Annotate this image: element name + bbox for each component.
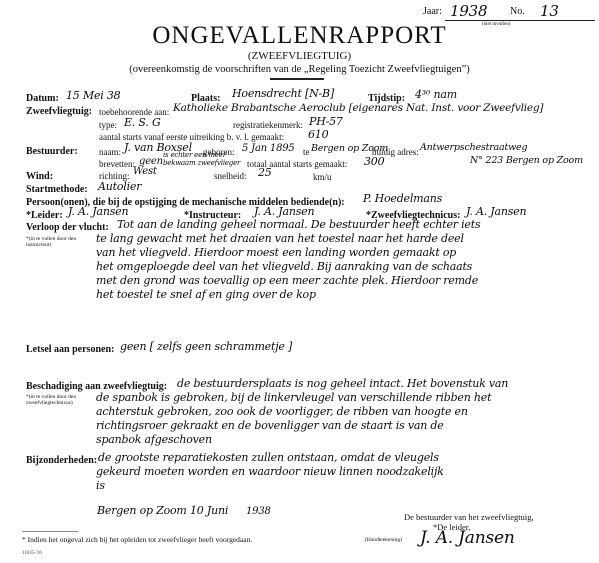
beschadiging-line: richtingsroer gekraakt en de bovenligger…	[96, 419, 444, 432]
bijzonderheden-line: is	[96, 479, 105, 492]
regulation-note: (overeenkomstig de voorschriften van de …	[0, 64, 599, 75]
starts-value: 610	[308, 128, 328, 141]
technicus-value: J. A. Jansen	[466, 205, 526, 218]
personen-value: P. Hoedelmans	[363, 192, 442, 205]
leider-value: J. A. Jansen	[68, 205, 128, 218]
year-value: 1938	[450, 2, 487, 20]
letsel-label: Letsel aan personen:	[26, 344, 114, 355]
leider-label: *Leider:	[26, 210, 63, 221]
adres-value-1: Antwerpschestraatweg	[420, 142, 527, 153]
brevetten-note-bottom: bekwaam zweefvlieger	[163, 159, 240, 167]
registratie-label: registratiekenmerk:	[233, 120, 303, 130]
startmethode-label: Startmethode:	[26, 184, 88, 195]
verloop-line: met den grond was toevallig op een meer …	[96, 274, 478, 287]
signatory-line-1: De bestuurder van het zweefvliegtuig,	[404, 512, 534, 522]
place-date: Bergen op Zoom 10 Juni	[97, 504, 228, 517]
footnote-rule	[22, 531, 78, 532]
bijzonderheden-label: Bijzonderheden:	[26, 455, 97, 466]
richting-value: West	[133, 166, 157, 177]
page-title: ONGEVALLENRAPPORT	[0, 22, 599, 50]
brevetten-label: brevetten:	[99, 159, 135, 169]
verloop-line: het toestel te snel af en ging over de k…	[96, 288, 316, 301]
handtekening-label: (Handteekening)	[365, 537, 402, 543]
snelheid-unit: km/u	[313, 172, 332, 182]
beschadiging-line: de spanbok is gebroken, bij de linkervle…	[96, 391, 491, 404]
brevetten-note-top: is echter een meer	[163, 151, 226, 159]
signature: J. A. Jansen	[420, 528, 515, 548]
datum-value: 15 Mei 38	[66, 89, 120, 102]
adres-value-2: N° 223 Bergen op Zoom	[470, 155, 583, 166]
letsel-value: geen [ zelfs geen schrammetje ]	[120, 340, 292, 353]
zweefvliegtuig-label: Zweefvliegtuig:	[26, 106, 92, 117]
toebehoorende-value: Katholieke Brabantsche Aeroclub [eigenar…	[173, 102, 543, 114]
verloop-note: *(in te vullen door den instructeur)	[26, 236, 88, 248]
footnote: * Indien het ongeval zich bij het opleid…	[22, 535, 252, 544]
print-code: 11035-'36	[22, 551, 42, 556]
number-value: 13	[540, 2, 559, 20]
totaal-value: 300	[364, 155, 384, 168]
verloop-line: het omgeploegde deel van het vliegveld. …	[96, 260, 472, 273]
beschadiging-line: achterstuk gebroken, zoo ook de voorligg…	[96, 405, 468, 418]
bijzonderheden-line: gekeurd moeten worden en waardoor nieuw …	[96, 465, 444, 478]
wind-label: Wind:	[26, 171, 53, 182]
naam-label: naam:	[99, 147, 121, 157]
beschadiging-line: de bestuurdersplaats is nog geheel intac…	[177, 377, 508, 390]
year-label: Jaar:	[423, 6, 442, 17]
snelheid-label: snelheid:	[214, 171, 247, 181]
registratie-value: PH-57	[309, 115, 343, 128]
geboren-value: 5 Jan 1895	[242, 143, 295, 154]
beschadiging-note: *(in te vullen door den zweefvliegtechni…	[26, 394, 92, 406]
instructeur-value: J. A. Jansen	[254, 205, 314, 218]
verloop-line: te lang gewacht met het draaien van het …	[96, 232, 464, 245]
bestuurder-label: Bestuurder:	[26, 146, 78, 157]
bijzonderheden-line: de grootste reparatiekosten zullen ontst…	[98, 451, 439, 464]
snelheid-value: 25	[258, 166, 272, 179]
title-rule	[270, 78, 324, 80]
te-label: te	[303, 147, 310, 157]
number-label: No.	[510, 6, 525, 17]
type-label: type:	[99, 120, 117, 130]
year-number-underline	[445, 20, 595, 21]
startmethode-value: Autolier	[98, 180, 141, 193]
type-value: E. S. G	[124, 116, 161, 129]
beschadiging-line: spanbok afgeschoven	[96, 433, 212, 446]
verloop-line: van het vliegveld. Hierdoor moest een la…	[96, 246, 456, 259]
plaats-value: Hoensdrecht [N-B]	[232, 87, 334, 100]
tijdstip-value: 4³⁰ nam	[415, 88, 457, 101]
page-subtitle: (ZWEEFVLIEGTUIG)	[0, 50, 599, 62]
place-date-year: 1938	[246, 506, 271, 517]
verloop-line: Tot aan de landing geheel normaal. De be…	[117, 218, 480, 231]
datum-label: Datum:	[26, 93, 59, 104]
